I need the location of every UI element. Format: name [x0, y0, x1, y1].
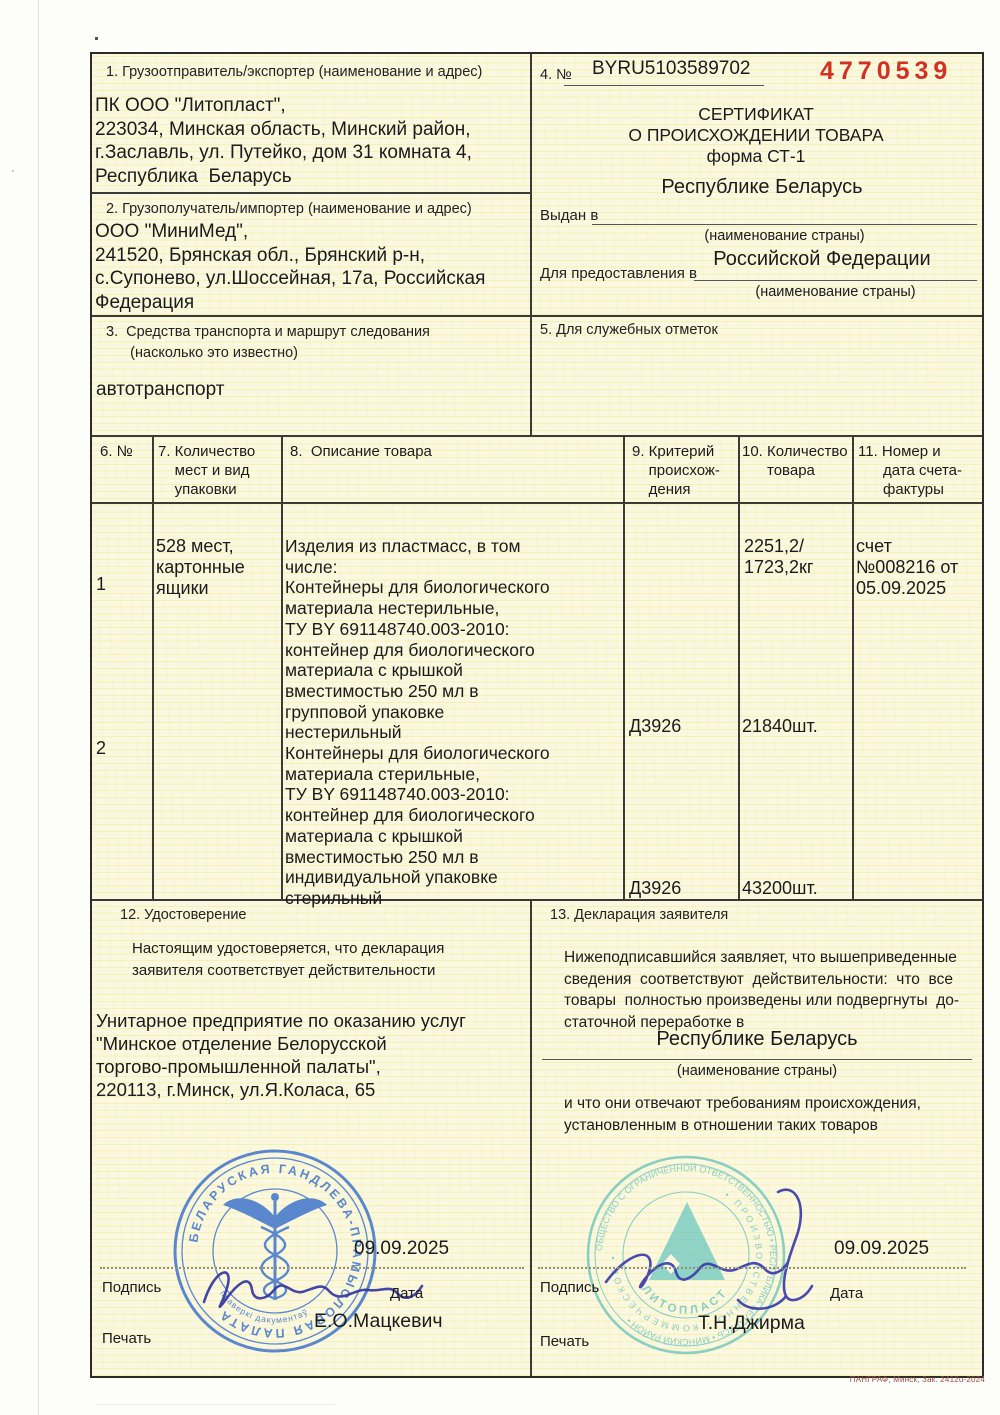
signer-name-left: Е.О.Мацкевич [314, 1310, 443, 1334]
table-col-line [623, 435, 625, 899]
col-header-number: 6. № [100, 442, 133, 461]
presented-country-caption: (наименование страны) [694, 284, 977, 302]
issued-in-value: Республике Беларусь [552, 175, 972, 199]
signature-line-left [100, 1267, 524, 1269]
transport-value: автотранспорт [96, 378, 224, 401]
col-header-invoice: 11. Номер и дата счета- фактуры [858, 442, 962, 499]
signature-label-right: Подпись [540, 1279, 599, 1297]
declaration-country-line [542, 1059, 972, 1060]
row1-number: 1 [96, 574, 106, 595]
divider-row2 [92, 315, 982, 317]
transport-label: 3. Средства транспорта и маршрут следова… [106, 322, 430, 364]
certification-statement: Настоящим удостоверяется, что декларация… [132, 938, 444, 981]
certifying-organization: Унитарное предприятие по оказанию услуг … [96, 1009, 466, 1101]
consignee-label: 2. Грузополучатель/импортер (наименовани… [106, 201, 472, 219]
divider-box1-box2 [92, 192, 530, 194]
issued-country-caption: (наименование страны) [592, 228, 977, 246]
declaration-country-caption: (наименование страны) [542, 1063, 972, 1081]
packages-cell: 528 мест, картонные ящики [156, 536, 245, 599]
scan-edge-line [38, 0, 39, 1415]
scan-speck [95, 37, 98, 40]
certification-date: 09.09.2025 [354, 1237, 449, 1260]
certificate-form: 1. Грузоотправитель/экспортер (наименова… [90, 52, 984, 1378]
stamp-label-right: Печать [540, 1333, 589, 1351]
stamp-label-left: Печать [102, 1330, 151, 1348]
col-header-description: 8. Описание товара [290, 442, 432, 461]
certification-label: 12. Удостоверение [120, 907, 247, 925]
declaration-statement2: и что они отвечают требованиям происхожд… [564, 1093, 921, 1136]
certificate-number-label: 4. № [540, 67, 572, 85]
presented-in-label: Для предоставления в [540, 265, 697, 283]
scan-speck [12, 170, 14, 172]
serial-number: 4770539 [820, 56, 952, 87]
consignee-value: ООО "МиниМед", 241520, Брянская обл., Бр… [95, 220, 485, 314]
invoice-cell: счет №008216 от 05.09.2025 [856, 536, 958, 599]
table-col-line [152, 435, 154, 899]
col-header-packages: 7. Количество мест и вид упаковки [158, 442, 255, 499]
table-col-line [738, 435, 740, 899]
signature-label-left: Подпись [102, 1279, 161, 1297]
declaration-statement: Нижеподписавшийся заявляет, что вышеприв… [564, 947, 959, 1033]
declaration-country: Республике Беларусь [542, 1027, 972, 1051]
description-cell: Изделия из пластмасс, в том числе: Конте… [285, 536, 621, 909]
declaration-label: 13. Декларация заявителя [550, 907, 728, 925]
date-label-right: Дата [830, 1285, 863, 1303]
signature-right [592, 1180, 842, 1330]
presented-in-value: Российской Федерации [672, 247, 972, 271]
exporter-label: 1. Грузоотправитель/экспортер (наименова… [106, 64, 482, 82]
signer-name-right: Т.Н.Джирма [698, 1312, 805, 1336]
col-header-criterion: 9. Критерий происхож- дения [632, 442, 720, 499]
issued-in-line [592, 224, 977, 225]
table-col-line [852, 435, 854, 899]
exporter-value: ПК ООО "Литопласт", 223034, Минская обла… [95, 94, 472, 188]
table-header-border [92, 502, 982, 504]
scan-fold-line [95, 1404, 335, 1405]
scanned-certificate-page: 1. Грузоотправитель/экспортер (наименова… [0, 0, 1000, 1415]
date-label-left: Дата [390, 1285, 423, 1303]
criterion-row1: Д3926 [629, 716, 681, 737]
certificate-number-value: BYRU5103589702 [592, 57, 750, 80]
signature-line-right [538, 1267, 966, 1269]
issued-in-label: Выдан в [540, 207, 598, 225]
divider-vertical-bottom [530, 899, 532, 1376]
quantity-row1: 21840шт. [742, 716, 818, 737]
official-marks-label: 5. Для служебных отметок [540, 322, 718, 340]
criterion-row2: Д3926 [629, 878, 681, 899]
certificate-title: СЕРТИФИКАТ О ПРОИСХОЖДЕНИИ ТОВАРА форма … [540, 104, 972, 167]
declaration-date: 09.09.2025 [834, 1237, 929, 1260]
presented-in-line [694, 280, 977, 281]
weight-cell: 2251,2/ 1723,2кг [744, 536, 814, 578]
table-top-border [92, 435, 982, 437]
divider-vertical-top [530, 54, 532, 435]
col-header-quantity: 10. Количество товара [742, 442, 848, 480]
table-col-line [281, 435, 283, 899]
quantity-row2: 43200шт. [742, 878, 818, 899]
printer-imprint: ПАНГРАФ, Минск, Зак. 2412u-2024 [790, 1375, 985, 1385]
certificate-number-line [564, 85, 764, 86]
row2-number: 2 [96, 738, 106, 759]
